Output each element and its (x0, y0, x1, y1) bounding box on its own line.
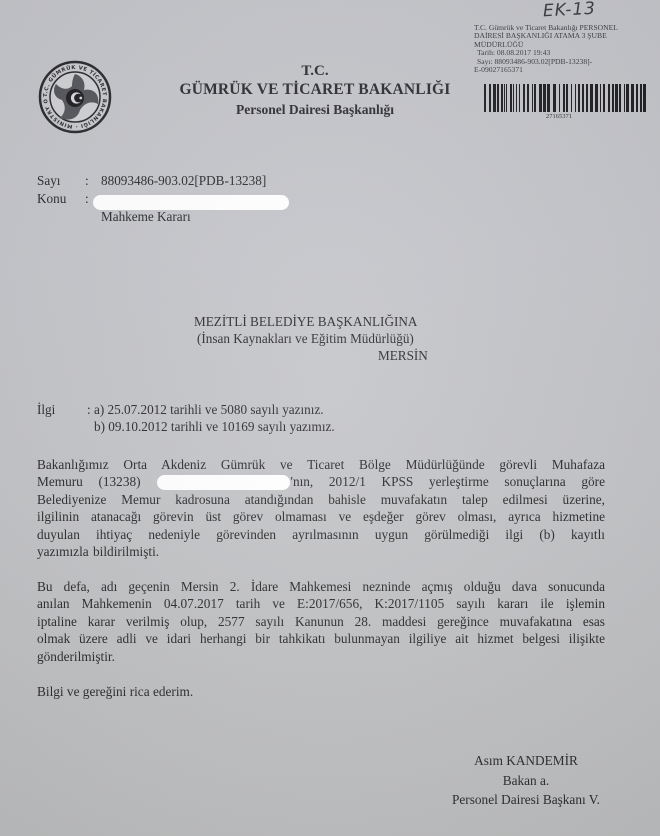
redaction-name (157, 475, 290, 490)
barcode (484, 84, 650, 112)
barcode-bar (534, 84, 536, 112)
recipient-line1: MEZİTLİ BELEDİYE BAŞKANLIĞINA (194, 313, 428, 330)
paragraph-1: Bakanlığımız Orta Akdeniz Gümrük ve Tica… (37, 456, 605, 560)
paragraph-line: anılan Mahkemenin 04.07.2017 tarih ve E:… (37, 595, 605, 612)
barcode-bar (519, 84, 520, 112)
ilgi-item-b: b) 09.10.2012 tarihli ve 10169 sayılı ya… (87, 418, 335, 435)
barcode-bar (547, 84, 550, 112)
barcode-bar (615, 84, 618, 112)
barcode-bar (643, 84, 646, 112)
barcode-bar (504, 84, 505, 112)
handwritten-annotation: EK-13 (543, 0, 597, 21)
ilgi-item-a: : a) 25.07.2012 tarihli ve 5080 sayılı y… (87, 401, 324, 418)
barcode-bar (559, 84, 560, 112)
barcode-bar (539, 84, 542, 112)
barcode-bar (586, 84, 588, 112)
redaction-konu (93, 195, 289, 210)
letterhead: T.C. GÜMRÜK VE TİCARET BAKANLIĞI Persone… (160, 62, 470, 119)
paragraph-line: Bu defa, adı geçenin Mersin 2. İdare Mah… (37, 578, 605, 595)
signatory-title: Personel Dairesi Başkanı V. (426, 790, 626, 810)
barcode-bar (603, 84, 605, 112)
barcode-bar (527, 84, 529, 112)
barcode-bar (608, 84, 610, 112)
paragraph-line: yazımızla bildirilmişti. (37, 543, 605, 560)
barcode-bar (497, 84, 499, 112)
barcode-bar (631, 84, 634, 112)
barcode-bar (636, 84, 638, 112)
sayi-label: Sayı (37, 172, 85, 190)
barcode-bar (624, 84, 625, 112)
letterhead-department: Personel Dairesi Başkanlığı (160, 100, 470, 119)
recipient-line2: (İnsan Kaynakları ve Eğitim Müdürlüğü) (194, 330, 428, 347)
barcode-bar (612, 84, 614, 112)
signatory-name: Asım KANDEMİR (426, 751, 626, 771)
barcode-bar (513, 84, 514, 112)
stamp-doc-id: E-09027165371 (474, 66, 654, 74)
barcode-bar (582, 84, 584, 112)
paragraph-line: duyulan ihtiyaç nedeniyle görevinden ayr… (37, 526, 605, 543)
barcode-number: 27165371 (546, 113, 572, 120)
paragraph-line: ilgilinin atanacağı görevin üst görev ol… (37, 508, 605, 525)
konu-label: Konu (37, 190, 85, 208)
barcode-bar (595, 84, 598, 112)
registry-stamp: T.C. Gümrük ve Ticaret Bakanlığı PERSONE… (474, 24, 654, 74)
barcode-bar (571, 84, 572, 112)
barcode-bar (489, 84, 491, 112)
paragraph-line: olmak üzere adli ve idari herhangi bir t… (37, 630, 605, 647)
document-page: EK-13 T.C. Gümrük ve Ticaret Bakanlığı P… (0, 0, 660, 836)
konu-value: Mahkeme Kararı (101, 208, 191, 226)
closing-line: Bilgi ve gereğini rica ederim. (37, 684, 193, 700)
ilgi-label: İlgi (37, 401, 87, 418)
barcode-bar (640, 84, 642, 112)
barcode-bar (590, 84, 593, 112)
signatory-on-behalf: Bakan a. (426, 771, 626, 791)
barcode-bar (516, 84, 517, 112)
recipient-line3: MERSİN (194, 347, 428, 364)
barcode-bar (543, 84, 546, 112)
sayi-value: 88093486-903.02[PDB-13238] (101, 172, 266, 190)
barcode-bar (600, 84, 601, 112)
letterhead-ministry: GÜMRÜK VE TİCARET BAKANLIĞI (160, 80, 470, 100)
paragraph-line: gönderilmiştir. (37, 648, 605, 665)
paragraph-line: Memuru (13238)'nın, 2012/1 KPSS yerleşti… (37, 473, 605, 490)
paragraph-line: Bakanlığımız Orta Akdeniz Gümrük ve Tica… (37, 456, 605, 473)
ministry-seal-icon: T.C. GÜMRÜK VE TİCARET BAKANLIĞI · MINIS… (38, 60, 112, 134)
barcode-bar (575, 84, 576, 112)
recipient-block: MEZİTLİ BELEDİYE BAŞKANLIĞINA (İnsan Kay… (194, 313, 428, 364)
signature-block: Asım KANDEMİR Bakan a. Personel Dairesi … (426, 751, 626, 810)
barcode-bar (493, 84, 496, 112)
barcode-bar (506, 84, 507, 112)
paragraph-line: Belediyenize Memur kadrosuna atandığında… (37, 491, 605, 508)
paragraph-2: Bu defa, adı geçenin Mersin 2. İdare Mah… (37, 578, 605, 665)
barcode-bar (563, 84, 565, 112)
barcode-bar (510, 84, 512, 112)
barcode-bar (566, 84, 568, 112)
barcode-bar (578, 84, 580, 112)
barcode-bar (501, 84, 503, 112)
barcode-bar (553, 84, 556, 112)
barcode-bar (523, 84, 525, 112)
letterhead-country: T.C. (160, 62, 470, 80)
barcode-bar (619, 84, 621, 112)
ilgi-block: İlgi : a) 25.07.2012 tarihli ve 5080 say… (37, 401, 335, 435)
barcode-bar (626, 84, 629, 112)
sayi-colon: : (85, 172, 101, 190)
paragraph-line: iptaline karar verilmiş olup, 2577 sayıl… (37, 613, 605, 630)
barcode-bar (484, 84, 486, 112)
barcode-bar (532, 84, 533, 112)
